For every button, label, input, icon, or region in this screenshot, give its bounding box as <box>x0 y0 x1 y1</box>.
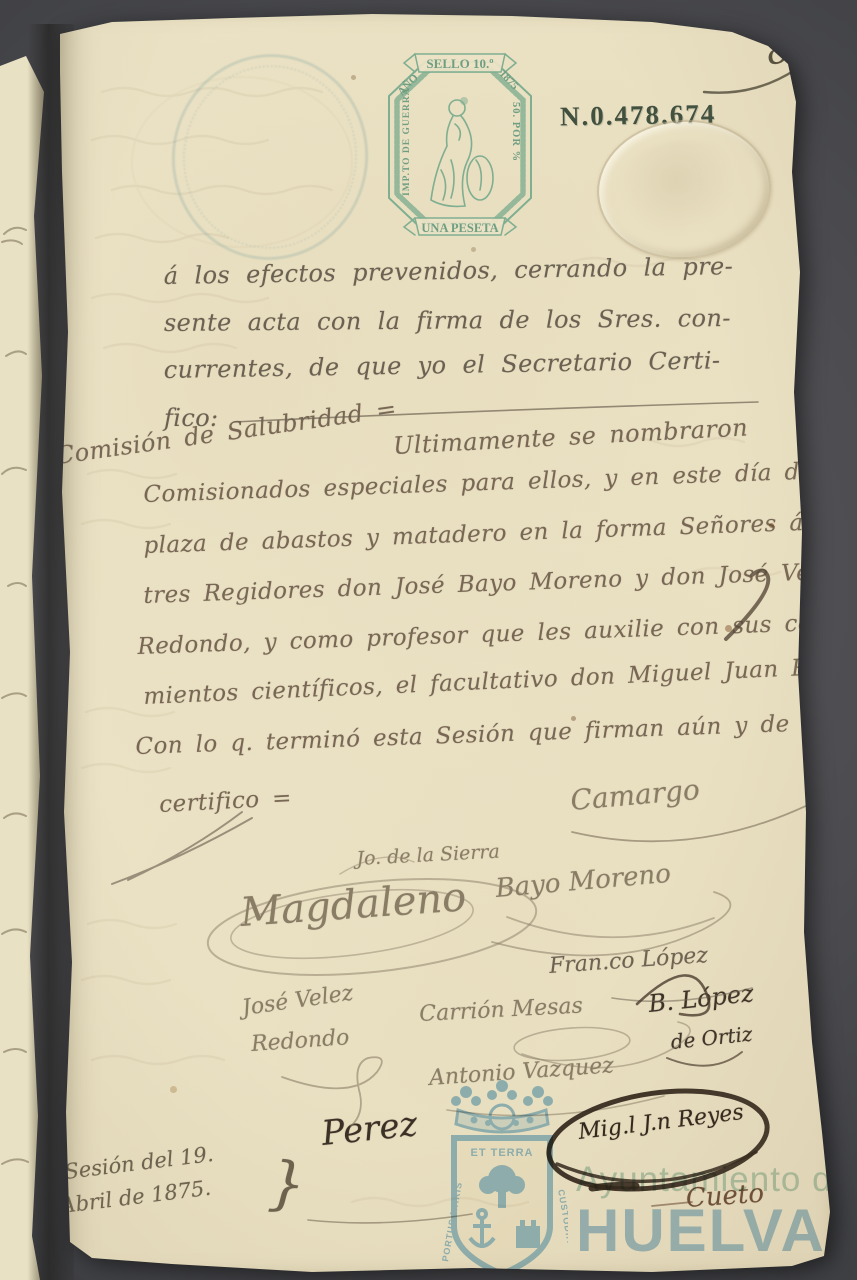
crown-icon <box>451 1080 553 1106</box>
crest-motto-right: CUSTODIA <box>556 1189 568 1245</box>
crest-motto-top: ET TERRA <box>471 1147 534 1159</box>
manuscript-page: SELLO 10.º AÑO 1875 IMP.TO DE GUERRA 50.… <box>52 12 832 1274</box>
age-spots <box>52 12 55 15</box>
watermark-org-line1: Ayuntamiento de <box>576 1160 853 1200</box>
watermark-org-line2: HUELVA <box>576 1196 826 1265</box>
scanned-document-background: SELLO 10.º AÑO 1875 IMP.TO DE GUERRA 50.… <box>0 0 857 1280</box>
huelva-crest-icon: ET TERRA PORTUS MARIS CUSTODIA <box>436 1078 568 1280</box>
